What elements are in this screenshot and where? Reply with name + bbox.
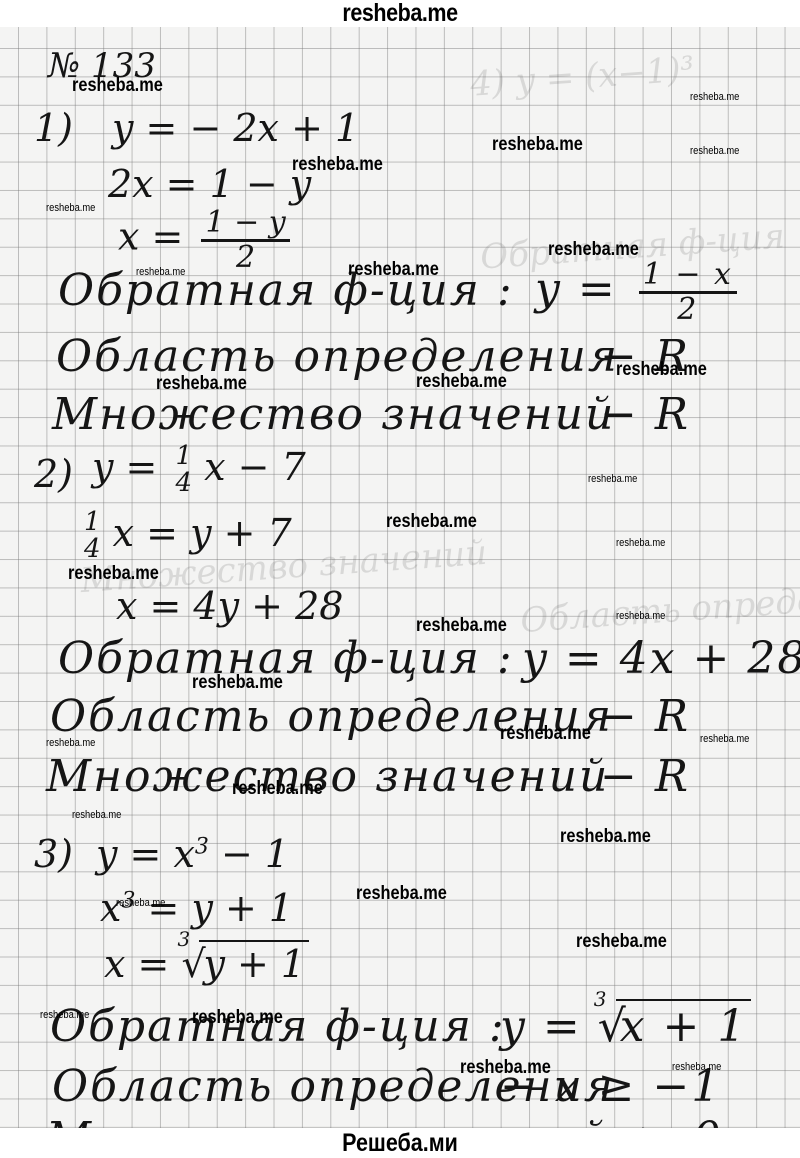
part-2-range-label: Множество значений [46, 755, 609, 799]
watermark: resheba.me [690, 145, 739, 157]
part-1-step-2: 2x = 1 − y [108, 165, 311, 203]
denominator: 4 [175, 470, 192, 497]
watermark: resheba.me [292, 154, 383, 176]
watermark: resheba.me [386, 511, 477, 533]
watermark: resheba.me [492, 134, 583, 156]
watermark: resheba.me [416, 371, 507, 393]
radical-sign-icon: √ [598, 1005, 628, 1049]
watermark: resheba.me [700, 733, 749, 745]
lhs: y = [500, 1001, 582, 1052]
watermark: resheba.me [560, 826, 651, 848]
watermark: resheba.me [72, 809, 121, 821]
watermark: resheba.me [616, 359, 707, 381]
cube-root: 3 √ y + 1 [181, 945, 309, 983]
lhs: y = [92, 445, 157, 489]
part-1-label: 1) [34, 109, 73, 147]
watermark: resheba.me [232, 778, 323, 800]
watermark: resheba.me [548, 239, 639, 261]
part-2-step-3: x = 4y + 28 [116, 587, 343, 625]
part-2-inverse-formula: y = 4x + 28 [522, 637, 800, 681]
rhs: − 1 [221, 832, 289, 876]
numerator: 1 [84, 509, 101, 536]
part-3-step-3: x = 3 √ y + 1 [104, 945, 309, 983]
radicand: y + 1 [199, 940, 309, 986]
radical-sign-icon: √ [181, 945, 205, 983]
watermark: resheba.me [616, 537, 665, 549]
part-3-step-1: y = x3 − 1 [96, 835, 289, 873]
part-3-range-label: Множество значений [46, 1117, 609, 1128]
part-1-inverse-label: Обратная ф-ция : [58, 269, 514, 313]
watermark: resheba.me [460, 1057, 551, 1079]
watermark: resheba.me [192, 1007, 283, 1029]
notebook-page: 4) y = (x−1)³ Обратная ф-ция Множество з… [0, 27, 800, 1128]
watermark: resheba.me [40, 1009, 89, 1021]
watermark: resheba.me [348, 259, 439, 281]
watermark: resheba.me [416, 615, 507, 637]
part-1-range-value: − R [600, 393, 690, 437]
fraction: 1 4 [84, 509, 101, 564]
watermark: resheba.me [136, 266, 185, 278]
lhs: y = x [96, 832, 195, 876]
numerator: 1 [175, 443, 192, 470]
watermark: resheba.me [156, 373, 247, 395]
watermark: resheba.me [46, 737, 95, 749]
rhs: x = y + 7 [113, 511, 292, 555]
bleed-through-text: Область определения [519, 573, 800, 641]
lhs: x = [104, 942, 169, 986]
watermark: resheba.me [116, 897, 165, 909]
watermark: resheba.me [672, 1061, 721, 1073]
exponent: 3 [195, 834, 209, 859]
watermark: resheba.me [616, 610, 665, 622]
site-footer: Решеба.ми [56, 1128, 744, 1158]
watermark: resheba.me [690, 91, 739, 103]
part-1-range-label: Множество значений [52, 393, 615, 437]
part-1-domain-label: Область определения [56, 335, 619, 379]
fraction: 1 4 [175, 443, 192, 498]
numerator: 1 − x [639, 259, 737, 294]
cube-root: 3 √ x + 1 [598, 1005, 752, 1049]
fraction: 1 − y 2 [201, 207, 289, 273]
watermark: resheba.me [588, 473, 637, 485]
rhs: x − 7 [204, 445, 306, 489]
part-1-inverse-formula: y = 1 − x 2 [535, 259, 737, 325]
part-2-step-1: y = 1 4 x − 7 [92, 443, 306, 498]
watermark: resheba.me [72, 75, 163, 97]
watermark: resheba.me [356, 883, 447, 905]
denominator: 2 [639, 294, 737, 326]
bleed-through-text: 4) y = (x−1)³ [469, 49, 696, 105]
part-2-step-2: 1 4 x = y + 7 [84, 509, 292, 564]
part-3-range-value: − y ≥ 0 [540, 1117, 723, 1128]
part-2-range-value: − R [600, 755, 690, 799]
watermark: resheba.me [68, 563, 159, 585]
part-3-inverse-formula: y = 3 √ x + 1 [500, 1005, 751, 1049]
fraction: 1 − x 2 [639, 259, 737, 325]
denominator: 4 [84, 536, 101, 563]
watermark: resheba.me [192, 672, 283, 694]
part-2-inverse-label: Обратная ф-ция : [58, 637, 514, 681]
part-1-step-3: x = 1 − y 2 [118, 207, 290, 273]
part-1-step-1: y = − 2x + 1 [112, 109, 359, 147]
watermark: resheba.me [46, 202, 95, 214]
site-header: resheba.me [56, 0, 744, 27]
watermark: resheba.me [500, 723, 591, 745]
part-2-domain-value: − R [600, 695, 690, 739]
part-3-label: 3) [34, 835, 73, 873]
numerator: 1 − y [201, 207, 289, 242]
part-2-label: 2) [34, 455, 73, 493]
rhs: = y + 1 [148, 886, 294, 930]
lhs: y = [535, 264, 617, 315]
lhs: x = [118, 215, 183, 259]
watermark: resheba.me [576, 931, 667, 953]
radicand: x + 1 [616, 999, 752, 1052]
